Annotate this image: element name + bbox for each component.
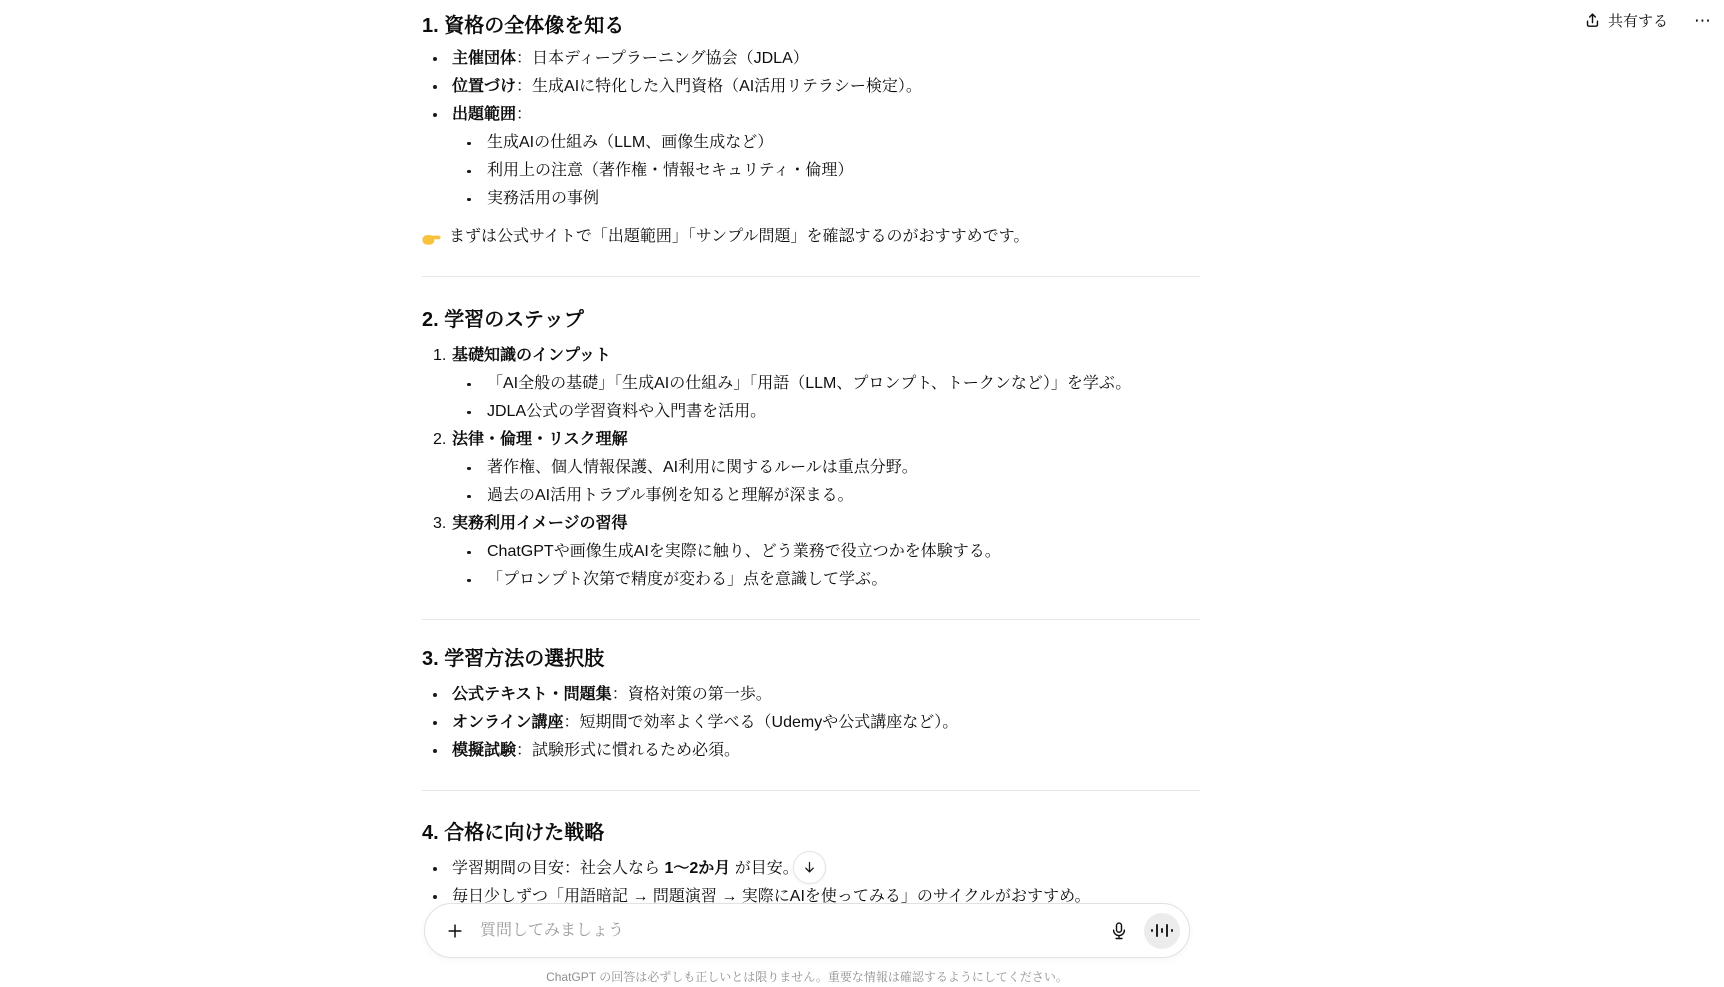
bullet-term: 模擬試験 [452,742,516,759]
list-item: 利用上の注意（著作権・情報セキュリティ・倫理） [422,157,1200,185]
list-item: 出題範囲： [422,101,1200,129]
more-options-button[interactable]: ⋯ [1690,10,1716,31]
list-item: 「プロンプト次第で精度が変わる」点を意識して学ぶ。 [422,566,1200,594]
list-item: 主催団体：日本ディープラーニング協会（JDLA） [422,45,1200,73]
pointing-hand-emoji-icon [422,228,441,247]
plus-icon [445,921,465,941]
step-number: 3. [433,510,446,538]
bullet-text: ：日本ディープラーニング協会（JDLA） [516,50,809,67]
bullet-term: 主催団体 [452,50,516,67]
list-item: 公式テキスト・問題集：資格対策の第一歩。 [422,681,1200,709]
section1-list: 主催団体：日本ディープラーニング協会（JDLA） 位置づけ：生成AIに特化した入… [422,45,1200,213]
list-item: 位置づけ：生成AIに特化した入門資格（AI活用リテラシー検定）。 [422,73,1200,101]
share-button[interactable]: 共有する [1584,10,1668,31]
voice-mode-button[interactable] [1144,913,1180,949]
step-item: 2.法律・倫理・リスク理解 [422,426,1200,454]
step-item: 3.実務利用イメージの習得 [422,510,1200,538]
section-heading-2: 2. 学習のステップ [422,308,1200,332]
share-upload-icon [1584,12,1601,29]
microphone-icon [1109,921,1129,941]
tip-paragraph: まずは公式サイトで「出題範囲」「サンプル問題」を確認するのがおすすめです。 [422,226,1200,248]
step-item: 1.基礎知識のインプット [422,342,1200,370]
list-item: 模擬試験：試験形式に慣れるため必須。 [422,737,1200,765]
list-item: 生成AIの仕組み（LLM、画像生成など） [422,129,1200,157]
bullet-term: 公式テキスト・問題集 [452,686,612,703]
tip-text: まずは公式サイトで「出題範囲」「サンプル問題」を確認するのがおすすめです。 [449,226,1029,248]
composer [424,903,1190,958]
bullet-text: ：試験形式に慣れるため必須。 [516,742,740,759]
list-item: JDLA公式の学習資料や入門書を活用。 [422,398,1200,426]
bullet-text: ：短期間で効率よく学べる（Udemyや公式講座など）。 [564,714,959,731]
list-item: 著作権、個人情報保護、AI利用に関するルールは重点分野。 [422,454,1200,482]
list-item: 「AI全般の基礎」「生成AIの仕組み」「用語（LLM、プロンプト、トークンなど）… [422,370,1200,398]
share-button-label: 共有する [1608,10,1668,31]
section-heading-4: 4. 合格に向けた戦略 [422,821,1200,845]
message-input[interactable] [480,922,1104,940]
section-heading-1: 1. 資格の全体像を知る [422,14,1200,38]
conversation-actions: 共有する ⋯ [1584,10,1716,31]
bullet-text: ：資格対策の第一歩。 [612,686,772,703]
step-number: 1. [433,342,446,370]
step-number: 2. [433,426,446,454]
scroll-to-bottom-button[interactable] [793,851,826,884]
step-title: 法律・倫理・リスク理解 [452,431,628,448]
list-item: 過去のAI活用トラブル事例を知ると理解が深まる。 [422,482,1200,510]
arrow-down-icon [802,860,817,875]
bullet-text: 学習期間の目安：社会人なら [452,860,664,877]
list-item: 実務活用の事例 [422,185,1200,213]
dictate-button[interactable] [1104,916,1134,946]
chat-page: 共有する ⋯ 1. 資格の全体像を知る 主催団体：日本ディープラーニング協会（J… [0,0,1724,987]
bullet-term: オンライン講座 [452,714,564,731]
section3-list: 公式テキスト・問題集：資格対策の第一歩。 オンライン講座：短期間で効率よく学べる… [422,681,1200,765]
step-title: 基礎知識のインプット [452,347,611,364]
divider [422,276,1200,277]
assistant-message: 1. 資格の全体像を知る 主催団体：日本ディープラーニング協会（JDLA） 位置… [422,0,1200,911]
section2-steps: 1.基礎知識のインプット 「AI全般の基礎」「生成AIの仕組み」「用語（LLM、… [422,342,1200,594]
voice-waveform-icon [1151,924,1174,937]
bullet-text: が目安。 [730,860,798,877]
bullet-text: ：生成AIに特化した入門資格（AI活用リテラシー検定）。 [516,78,922,95]
bullet-bold-text: 1〜2か月 [664,860,730,877]
bullet-term: 出題範囲 [452,106,516,123]
attach-button[interactable] [442,918,468,944]
divider [422,790,1200,791]
step-title: 実務利用イメージの習得 [452,515,628,532]
disclaimer-text: ChatGPT の回答は必ずしも正しいとは限りません。重要な情報は確認するように… [424,968,1190,985]
divider [422,619,1200,620]
list-item: ChatGPTや画像生成AIを実際に触り、どう業務で役立つかを体験する。 [422,538,1200,566]
list-item: オンライン講座：短期間で効率よく学べる（Udemyや公式講座など）。 [422,709,1200,737]
bullet-text: ： [516,106,532,123]
section-heading-3: 3. 学習方法の選択肢 [422,647,1200,671]
bullet-term: 位置づけ [452,78,516,95]
